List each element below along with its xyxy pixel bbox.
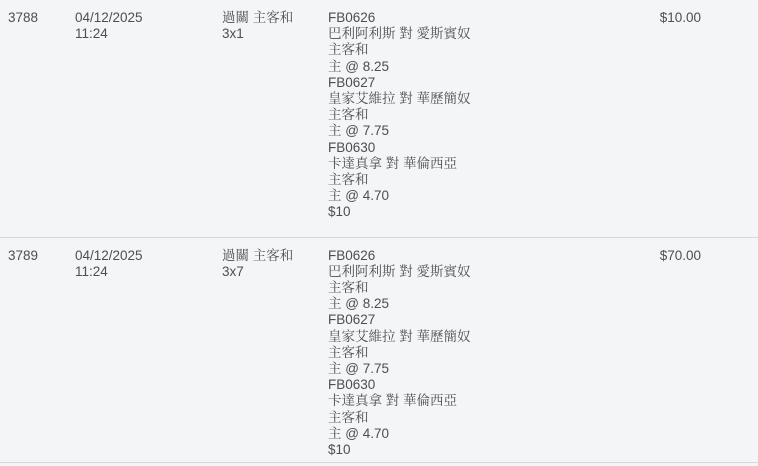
detail-line: 主客和 [328, 280, 620, 296]
bet-amount: $10.00 [620, 10, 758, 26]
bet-date: 04/12/2025 [75, 10, 222, 26]
detail-line: 卡達真拿 對 華倫西亞 [328, 156, 620, 172]
table-row: 3789 04/12/2025 11:24 過關 主客和 3x7 FB0626巴… [0, 237, 758, 464]
detail-line: 皇家艾維拉 對 華歷簡奴 [328, 91, 620, 107]
detail-line: FB0630 [328, 140, 620, 156]
bet-type: 過關 主客和 [222, 10, 318, 26]
bet-type-cell: 過關 主客和 3x7 [222, 248, 328, 280]
detail-line: FB0626 [328, 10, 620, 26]
detail-line: 主客和 [328, 172, 620, 188]
bet-date: 04/12/2025 [75, 248, 222, 264]
detail-line: FB0627 [328, 312, 620, 328]
bet-time: 11:24 [75, 26, 222, 42]
detail-line: 巴利阿利斯 對 愛斯賓奴 [328, 264, 620, 280]
bet-format: 3x1 [222, 26, 318, 42]
detail-line: FB0626 [328, 248, 620, 264]
bet-time: 11:24 [75, 264, 222, 280]
bet-id: 3789 [0, 248, 75, 264]
bet-format: 3x7 [222, 264, 318, 280]
bet-datetime: 04/12/2025 11:24 [75, 248, 222, 280]
detail-line: 主 @ 4.70 [328, 188, 620, 204]
detail-line: FB0627 [328, 75, 620, 91]
detail-line: 主 @ 7.75 [328, 123, 620, 139]
bet-id: 3788 [0, 10, 75, 26]
detail-line: 巴利阿利斯 對 愛斯賓奴 [328, 26, 620, 42]
bet-type-cell: 過關 主客和 3x1 [222, 10, 328, 42]
detail-line: 主客和 [328, 42, 620, 58]
detail-line: 主 @ 4.70 [328, 426, 620, 442]
bet-amount: $70.00 [620, 248, 758, 264]
detail-line: $10 [328, 442, 620, 458]
detail-line: 主客和 [328, 107, 620, 123]
bet-details: FB0626巴利阿利斯 對 愛斯賓奴主客和主 @ 8.25FB0627皇家艾維拉… [328, 10, 620, 221]
detail-line: 主客和 [328, 410, 620, 426]
bet-history-table: 3788 04/12/2025 11:24 過關 主客和 3x1 FB0626巴… [0, 0, 758, 463]
detail-line: $10 [328, 204, 620, 220]
bet-type: 過關 主客和 [222, 248, 318, 264]
table-row: 3788 04/12/2025 11:24 過關 主客和 3x1 FB0626巴… [0, 0, 758, 237]
detail-line: 主 @ 8.25 [328, 296, 620, 312]
detail-line: 皇家艾維拉 對 華歷簡奴 [328, 329, 620, 345]
bet-datetime: 04/12/2025 11:24 [75, 10, 222, 42]
detail-line: 主 @ 8.25 [328, 59, 620, 75]
detail-line: 主 @ 7.75 [328, 361, 620, 377]
detail-line: FB0630 [328, 377, 620, 393]
detail-line: 卡達真拿 對 華倫西亞 [328, 393, 620, 409]
bet-details: FB0626巴利阿利斯 對 愛斯賓奴主客和主 @ 8.25FB0627皇家艾維拉… [328, 248, 620, 459]
detail-line: 主客和 [328, 345, 620, 361]
